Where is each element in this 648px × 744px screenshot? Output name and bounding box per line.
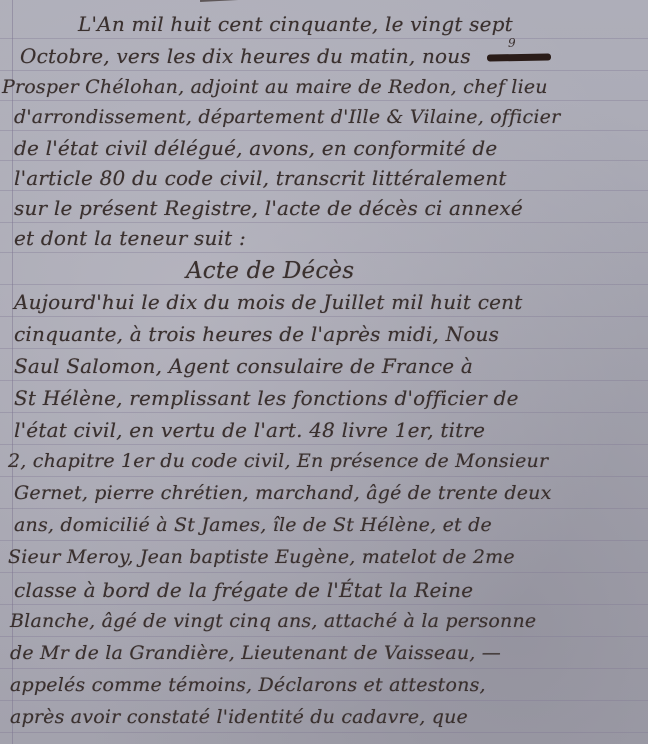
ruled-line (0, 732, 648, 733)
text-line: St Hélène, remplissant les fonctions d'o… (14, 386, 519, 410)
text-line: cinquante, à trois heures de l'après mid… (14, 322, 499, 346)
text-line: Prosper Chélohan, adjoint au maire de Re… (2, 76, 548, 98)
struck-out-word (487, 53, 551, 61)
text-line: appelés comme témoins, Déclarons et atte… (10, 674, 486, 696)
ruled-line (0, 668, 648, 669)
pen-stroke (200, 0, 350, 2)
correction-mark: 9 (508, 36, 516, 50)
text-line: Sieur Meroy, Jean baptiste Eugène, matel… (8, 546, 515, 568)
ruled-line (0, 100, 648, 101)
ruled-line (0, 636, 648, 637)
text-line: Aujourd'hui le dix du mois de Juillet mi… (14, 290, 522, 314)
ruled-line (0, 700, 648, 701)
text-line: L'An mil huit cent cinquante, le vingt s… (78, 12, 513, 36)
text-line: Blanche, âgé de vingt cinq ans, attaché … (10, 610, 536, 632)
ruled-line (0, 160, 648, 161)
text-line: et dont la teneur suit : (14, 226, 246, 250)
text-line: classe à bord de la frégate de l'État la… (14, 578, 473, 602)
text-line: Gernet, pierre chrétien, marchand, âgé d… (14, 482, 552, 504)
text-line: l'état civil, en vertu de l'art. 48 livr… (14, 418, 485, 442)
document-page: L'An mil huit cent cinquante, le vingt s… (0, 0, 648, 744)
text-line: de Mr de la Grandière, Lieutenant de Vai… (10, 642, 501, 664)
text-line: de l'état civil délégué, avons, en confo… (14, 136, 497, 160)
ruled-line (0, 572, 648, 573)
text-line: d'arrondissement, département d'Ille & V… (14, 106, 560, 128)
ruled-line (0, 380, 648, 381)
ruled-line (0, 222, 648, 223)
ruled-line (0, 476, 648, 477)
ruled-line (0, 508, 648, 509)
ruled-line (0, 284, 648, 285)
ruled-line (0, 38, 648, 39)
text-line: Saul Salomon, Agent consulaire de France… (14, 354, 473, 378)
ruled-line (0, 252, 648, 253)
ruled-line (0, 190, 648, 191)
text-line: sur le présent Registre, l'acte de décès… (14, 196, 523, 220)
ruled-line (0, 444, 648, 445)
ruled-line (0, 540, 648, 541)
margin-rule (12, 0, 13, 744)
ruled-line (0, 348, 648, 349)
ruled-line (0, 412, 648, 413)
text-line: l'article 80 du code civil, transcrit li… (14, 166, 507, 190)
section-heading: Acte de Décès (186, 258, 354, 284)
text-line: après avoir constaté l'identité du cadav… (10, 706, 468, 728)
text-line: Octobre, vers les dix heures du matin, n… (20, 44, 471, 68)
ruled-line (0, 604, 648, 605)
ruled-line (0, 316, 648, 317)
text-line: ans, domicilié à St James, île de St Hél… (14, 514, 492, 536)
text-line: 2, chapitre 1er du code civil, En présen… (8, 450, 548, 472)
ruled-line (0, 70, 648, 71)
ruled-line (0, 130, 648, 131)
